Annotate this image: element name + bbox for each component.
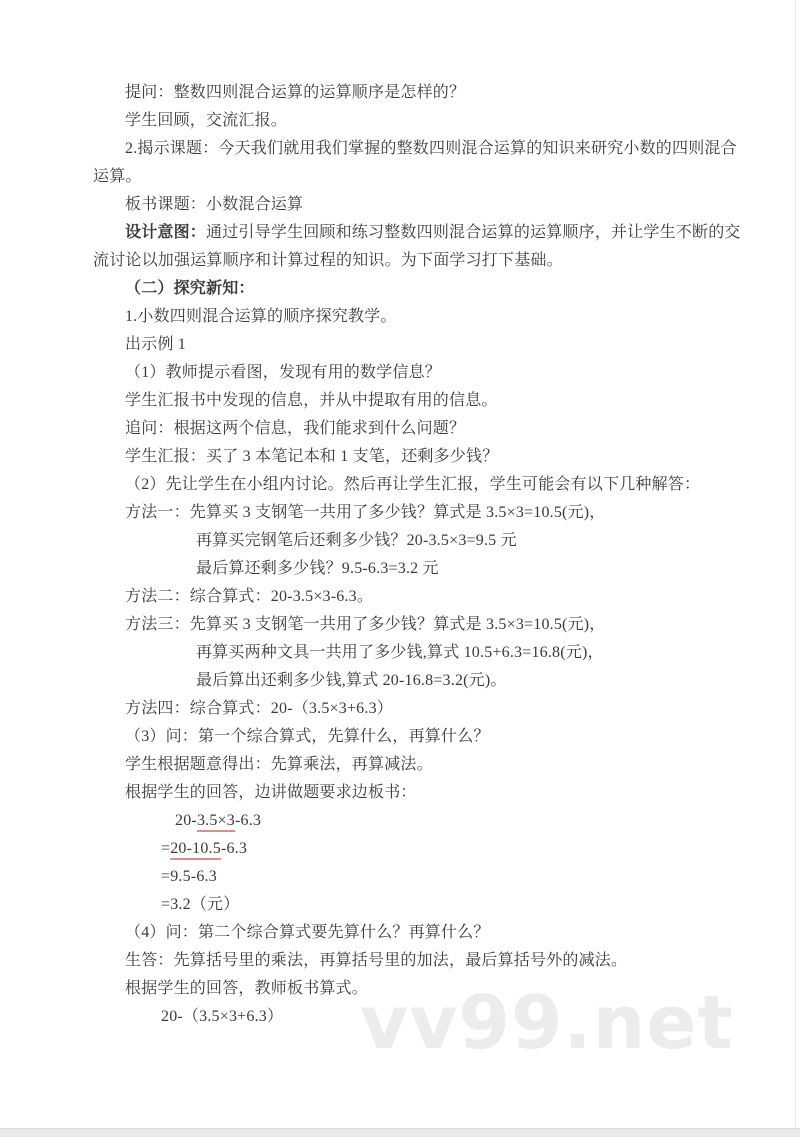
lesson-line: 运算。 [93, 163, 713, 191]
lesson-line: 板书课题：小数混合运算 [93, 191, 713, 219]
method-line: 方法一：先算买 3 支钢笔一共用了多少钱？算式是 3.5×3=10.5(元)， [93, 499, 713, 527]
lesson-line: （4）问：第二个综合算式要先算什么？再算什么？ [93, 919, 713, 947]
design-intent-text: 通过引导学生回顾和练习整数四则混合运算的运算顺序，并让学生不断的交 [206, 224, 741, 241]
lesson-line: 1.小数四则混合运算的顺序探究教学。 [93, 303, 713, 331]
method-line: 最后算出还剩多少钱,算式 20-16.8=3.2(元)。 [93, 667, 713, 695]
lesson-line: （1）教师提示看图，发现有用的数学信息？ [93, 359, 713, 387]
red-underline-segment: 3.5×3 [197, 812, 235, 832]
method-line: 最后算还剩多少钱？9.5-6.3=3.2 元 [93, 555, 713, 583]
lesson-line: 追问：根据这两个信息，我们能求到什么问题？ [93, 415, 713, 443]
lesson-line: 根据学生的回答，边讲做题要求边板书： [93, 779, 713, 807]
lesson-line: 学生汇报：买了 3 本笔记本和 1 支笔，还剩多少钱？ [93, 443, 713, 471]
lesson-line: 学生回顾，交流汇报。 [93, 107, 713, 135]
watermark: vv99.net [360, 986, 734, 1060]
method-line: 再算买完钢笔后还剩多少钱？20-3.5×3=9.5 元 [93, 527, 713, 555]
equation-line: =20-10.5-6.3 [93, 835, 713, 863]
equation-line: =9.5-6.3 [93, 863, 713, 891]
lesson-line: 生答：先算括号里的乘法，再算括号里的加法，最后算括号外的减法。 [93, 947, 713, 975]
section-heading: （二）探究新知： [93, 275, 713, 303]
equation-post: -6.3 [221, 840, 247, 857]
equation-line: 20-3.5×3-6.3 [93, 807, 713, 835]
equation-pre: 20- [175, 812, 197, 829]
method-line: 再算买两种文具一共用了多少钱,算式 10.5+6.3=16.8(元)， [93, 639, 713, 667]
lesson-line: 出示例 1 [93, 331, 713, 359]
lesson-line: 2.揭示课题：今天我们就用我们掌握的整数四则混合运算的知识来研究小数的四则混合 [93, 135, 713, 163]
method-line: 方法二：综合算式：20-3.5×3-6.3。 [93, 583, 713, 611]
lesson-line: （3）问：第一个综合算式，先算什么，再算什么？ [93, 723, 713, 751]
lesson-line: 提问：整数四则混合运算的运算顺序是怎样的？ [93, 79, 713, 107]
lesson-line: （2）先让学生在小组内讨论。然后再让学生汇报，学生可能会有以下几种解答： [93, 471, 713, 499]
red-underline-segment: 20-10.5 [170, 840, 221, 860]
design-intent-label: 设计意图： [125, 224, 206, 241]
equation-line: =3.2（元） [93, 891, 713, 919]
document-page: 提问：整数四则混合运算的运算顺序是怎样的？ 学生回顾，交流汇报。 2.揭示课题：… [93, 79, 713, 1031]
lesson-line: 学生汇报书中发现的信息，并从中提取有用的信息。 [93, 387, 713, 415]
lesson-line: 流讨论以加强运算顺序和计算过程的知识。为下面学习打下基础。 [93, 247, 713, 275]
method-line: 方法四：综合算式：20-（3.5×3+6.3） [93, 695, 713, 723]
equation-post: -6.3 [235, 812, 261, 829]
page-gap [0, 1128, 800, 1137]
page-edge-divider [795, 0, 796, 1128]
design-intent-line: 设计意图：通过引导学生回顾和练习整数四则混合运算的运算顺序，并让学生不断的交 [93, 219, 713, 247]
equation-pre: = [161, 840, 170, 857]
method-line: 方法三：先算买 3 支钢笔一共用了多少钱？算式是 3.5×3=10.5(元)， [93, 611, 713, 639]
lesson-line: 学生根据题意得出：先算乘法，再算减法。 [93, 751, 713, 779]
